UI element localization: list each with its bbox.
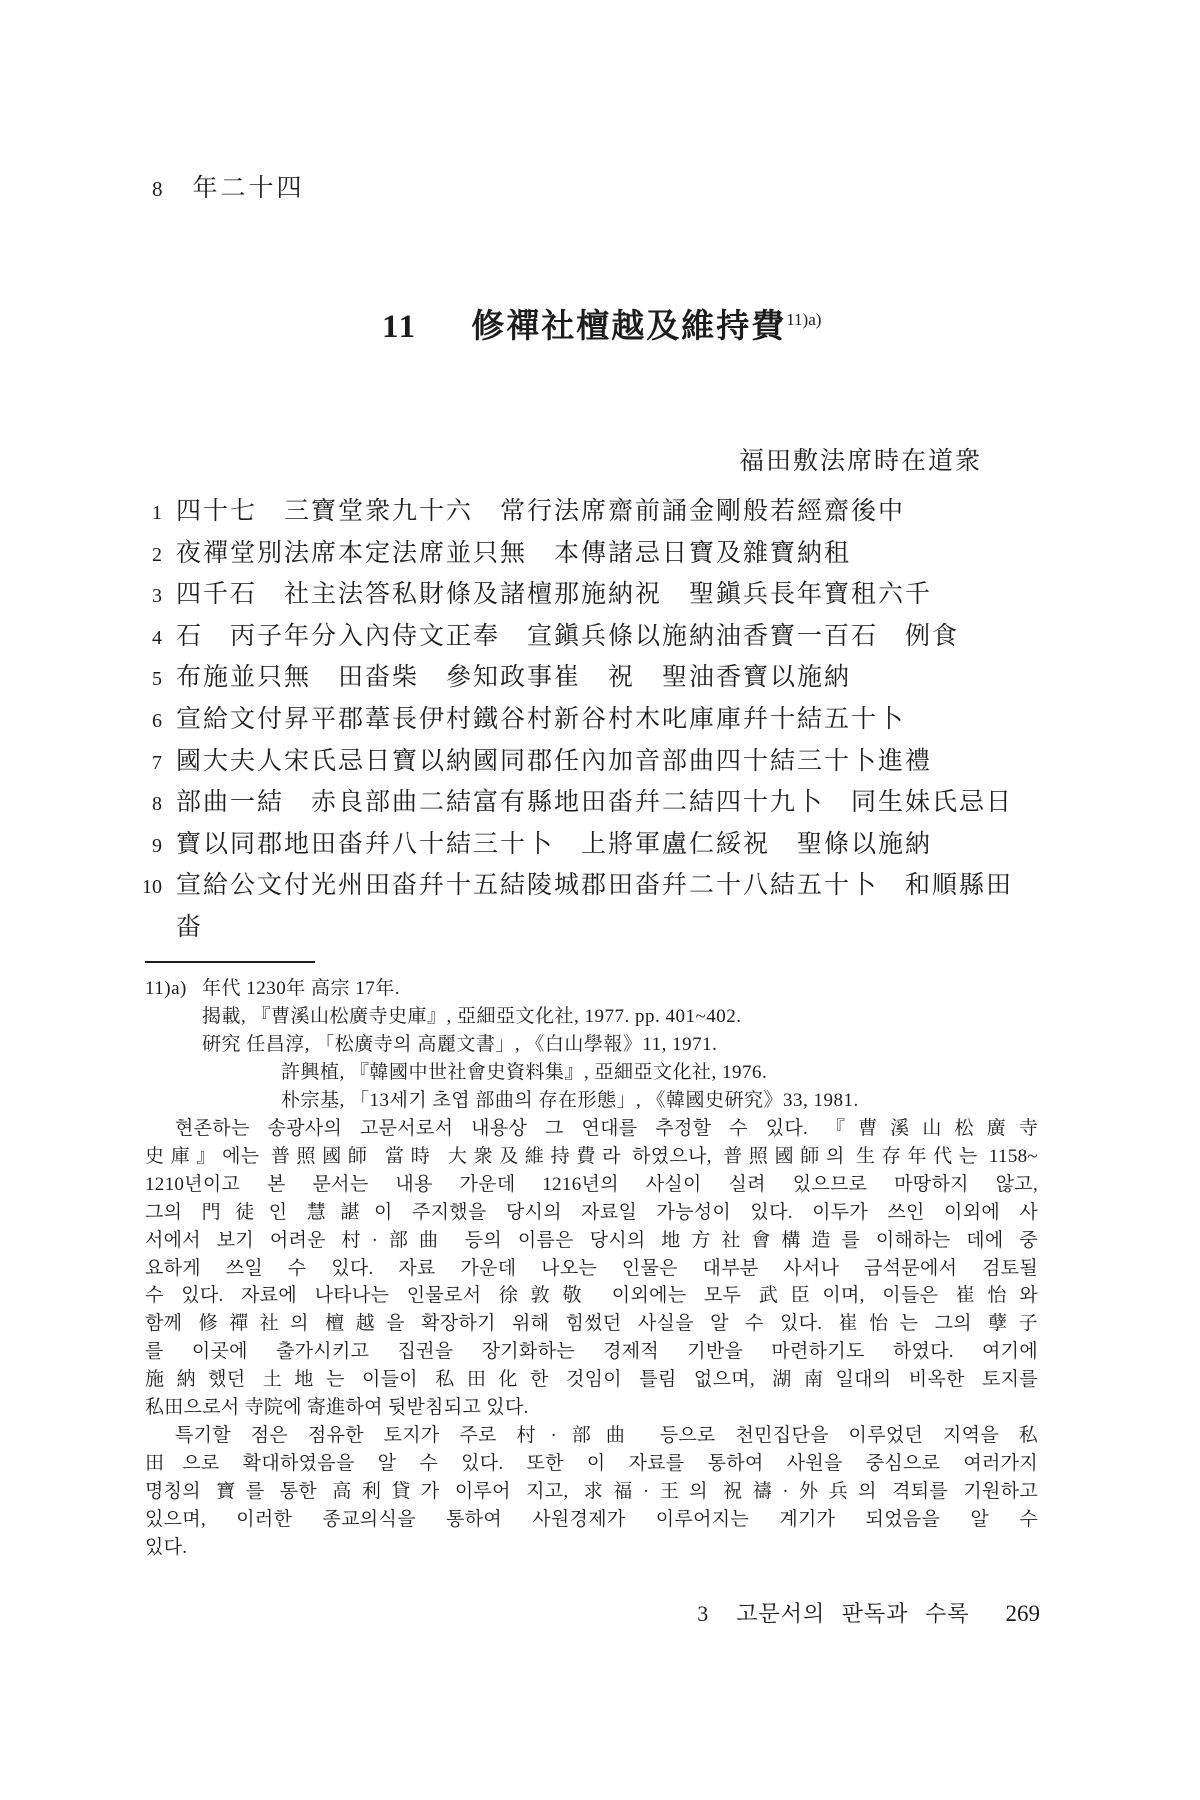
document-line-number: 8 bbox=[140, 784, 162, 825]
title-footnote-reference: 11)a) bbox=[786, 310, 821, 330]
footnote-commentary-line: 있으며, 이러한 종교의식을 통하여 사원경제가 이루어지는 계기가 되었음을 … bbox=[145, 1506, 1038, 1534]
document-title-text: 修禪社檀越及維持費 bbox=[471, 300, 786, 347]
footnote-section: 11)a) 年代 1230年 高宗 17年. 揭載, 『曹溪山松廣寺史庫』, 亞… bbox=[145, 975, 1038, 1562]
document-line-number: 10 bbox=[140, 867, 162, 908]
footnote-commentary-line: 를 이곳에 출가시키고 집권을 장기화하는 경제적 기반을 마련하기도 하였다.… bbox=[145, 1338, 1038, 1366]
document-title: 11 修禪社檀越及維持費 11)a) bbox=[382, 300, 821, 347]
document-line-text: 石 丙子年分入內侍文正奉 宣鎭兵條以施納油香寶一百石 例食 bbox=[176, 617, 959, 658]
document-line: 2 夜禪堂別法席本定法席並只無 本傳諸忌日寶及雜寶納租 bbox=[140, 534, 1070, 576]
footnote-reference-text: 許興植, 『韓國中世社會史資料集』, 亞細亞文化社, 1976. bbox=[281, 1062, 767, 1083]
document-line-text: 畓 bbox=[176, 908, 203, 949]
running-head: 8 年二十四 bbox=[152, 168, 305, 204]
footnote-commentary-line: 함께 修禪社의 檀越을 확장하기 위해 힘썼던 사실을 알 수 있다. 崔怡는 … bbox=[145, 1310, 1038, 1338]
footnote-reference-line: 硏究 任昌淳, 「松廣寺의 高麗文書」, 《白山學報》11, 1971. bbox=[145, 1031, 1038, 1059]
document-line: 1 四十七 三寶堂衆九十六 常行法席齋前誦金剛般若經齋後中 bbox=[140, 492, 1070, 534]
footnote-commentary-line: 현존하는 송광사의 고문서로서 내용상 그 연대를 추정할 수 있다. 『曹溪山… bbox=[145, 1115, 1038, 1143]
footnote-commentary-line: 그의 門徒인 慧諶이 주지했을 당시의 자료일 가능성이 있다. 이두가 쓰인 … bbox=[145, 1199, 1038, 1227]
document-line-text: 部曲一結 赤良部曲二結富有縣地田畓幷二結四十九卜 同生妹氏忌日 bbox=[176, 783, 1013, 824]
footer-section-title: 고문서의 판독과 수록 bbox=[736, 1597, 969, 1628]
document-line-number: 5 bbox=[140, 659, 162, 700]
document-line-text: 宣給公文付光州田畓幷十五結陵城郡田畓幷二十八結五十卜 和順縣田 bbox=[176, 866, 1013, 907]
document-line-number: 3 bbox=[140, 576, 162, 617]
running-head-page-number: 8 bbox=[152, 177, 163, 202]
document-line-text: 四千石 社主法答私財條及諸檀那施納祝 聖鎭兵長年寶租六千 bbox=[176, 575, 932, 616]
footnote-reference-text: 朴宗基, 「13세기 초엽 部曲의 存在形態」, 《韓國史硏究》33, 1981… bbox=[281, 1090, 859, 1111]
document-line: 3 四千石 社主法答私財條及諸檀那施納祝 聖鎭兵長年寶租六千 bbox=[140, 575, 1070, 617]
footnote-commentary-line: 명칭의 寶를 통한 高利貸가 이루어 지고, 求福·王의 祝禱·外兵의 격퇴를 … bbox=[145, 1478, 1038, 1506]
footnote-commentary-line: 요하게 쓰일 수 있다. 자료 가운데 나오는 인물은 대부분 사서나 금석문에… bbox=[145, 1255, 1038, 1283]
footnote-rule bbox=[145, 961, 315, 963]
document-line-text: 四十七 三寶堂衆九十六 常行法席齋前誦金剛般若經齋後中 bbox=[176, 492, 905, 533]
document-line: 7 國大夫人宋氏忌日寶以納國同郡任內加音部曲四十結三十卜進禮 bbox=[140, 742, 1070, 784]
footnote-reference-text: 硏究 任昌淳, 「松廣寺의 高麗文書」, 《白山學報》11, 1971. bbox=[202, 1034, 717, 1055]
document-line-text: 國大夫人宋氏忌日寶以納國同郡任內加音部曲四十結三十卜進禮 bbox=[176, 742, 932, 783]
footnote-commentary-line: 서에서 보기 어려운 村·部曲 등의 이름은 당시의 地方社會構造를 이해하는 … bbox=[145, 1227, 1038, 1255]
document-line-text: 布施並只無 田畓柴 參知政事崔 祝 聖油香寶以施納 bbox=[176, 658, 851, 699]
running-head-text: 年二十四 bbox=[193, 168, 305, 204]
document-line: 5 布施並只無 田畓柴 參知政事崔 祝 聖油香寶以施納 bbox=[140, 658, 1070, 700]
footnote-commentary-line: 1210년이고 본 문서는 내용 가운데 1216년의 사실이 실려 있으므로 … bbox=[145, 1171, 1038, 1199]
document-line-text: 夜禪堂別法席本定法席並只無 本傳諸忌日寶及雜寶納租 bbox=[176, 534, 851, 575]
footnote-reference-text: 年代 1230年 高宗 17年. bbox=[202, 978, 400, 999]
footnote-commentary-line: 특기할 점은 점유한 토지가 주로 村·部曲 등으로 천민집단을 이루었던 지역… bbox=[145, 1422, 1038, 1450]
footnote-reference-line: 年代 1230年 高宗 17年. bbox=[145, 975, 1038, 1003]
document-line: 9 寶以同郡地田畓幷八十結三十卜 上將軍盧仁綏祝 聖條以施納 bbox=[140, 825, 1070, 867]
footnote-reference-text: 揭載, 『曹溪山松廣寺史庫』, 亞細亞文化社, 1977. pp. 401~40… bbox=[202, 1006, 742, 1027]
document-line-number: 1 bbox=[140, 493, 162, 534]
footer-section-number: 3 bbox=[697, 1601, 708, 1627]
document-line-number: 4 bbox=[140, 618, 162, 659]
document-line: 4 石 丙子年分入內侍文正奉 宣鎭兵條以施納油香寶一百石 例食 bbox=[140, 617, 1070, 659]
document-lines: 1 四十七 三寶堂衆九十六 常行法席齋前誦金剛般若經齋後中 2 夜禪堂別法席本定… bbox=[140, 492, 1070, 949]
footnote-commentary-line: 수 있다. 자료에 나타나는 인물로서 徐敦敬 이외에는 모두 武臣이며, 이들… bbox=[145, 1282, 1038, 1310]
document-line-text: 寶以同郡地田畓幷八十結三十卜 上將軍盧仁綏祝 聖條以施納 bbox=[176, 825, 932, 866]
footnote-commentary: 현존하는 송광사의 고문서로서 내용상 그 연대를 추정할 수 있다. 『曹溪山… bbox=[145, 1115, 1038, 1562]
document-line-number: 6 bbox=[140, 701, 162, 742]
footnote-reference-line: 朴宗基, 「13세기 초엽 部曲의 存在形態」, 《韓國史硏究》33, 1981… bbox=[145, 1087, 1038, 1115]
dedication-line: 福田敷法席時在道衆 bbox=[739, 441, 982, 477]
footnote-commentary-line: 田으로 확대하였음을 알 수 있다. 또한 이 자료를 통하여 사원을 중심으로… bbox=[145, 1450, 1038, 1478]
footnote-commentary-line: 있다. bbox=[145, 1534, 1038, 1562]
footnote-commentary-line: 施納했던 土地는 이들이 私田化한 것임이 틀림 없으며, 湖南일대의 비옥한 … bbox=[145, 1366, 1038, 1394]
document-title-number: 11 bbox=[382, 309, 417, 346]
document-line: 10 宣給公文付光州田畓幷十五結陵城郡田畓幷二十八結五十卜 和順縣田 bbox=[140, 866, 1070, 908]
document-line-number: 7 bbox=[140, 743, 162, 784]
document-line: 6 宣給文付昇平郡葦長伊村鐵谷村新谷村木叱庫庫幷十結五十卜 bbox=[140, 700, 1070, 742]
footnote-commentary-line: 史庫』에는 普照國師 當時 大衆及維持費라 하였으나, 普照國師의 生存年代는 … bbox=[145, 1143, 1038, 1171]
footnote-marker: 11)a) bbox=[145, 978, 187, 1000]
scanned-document-page: 8 年二十四 11 修禪社檀越及維持費 11)a) 福田敷法席時在道衆 1 四十… bbox=[0, 0, 1200, 1800]
document-line: 畓 bbox=[140, 908, 1070, 949]
footnote-reference-line: 揭載, 『曹溪山松廣寺史庫』, 亞細亞文化社, 1977. pp. 401~40… bbox=[145, 1003, 1038, 1031]
page-footer: 3 고문서의 판독과 수록 269 bbox=[697, 1597, 1040, 1628]
document-line-text: 宣給文付昇平郡葦長伊村鐵谷村新谷村木叱庫庫幷十結五十卜 bbox=[176, 700, 905, 741]
footnote-reference-line: 許興植, 『韓國中世社會史資料集』, 亞細亞文化社, 1976. bbox=[145, 1059, 1038, 1087]
footnote-commentary-line: 私田으로서 寺院에 寄進하여 뒷받침되고 있다. bbox=[145, 1394, 1038, 1422]
document-line: 8 部曲一結 赤良部曲二結富有縣地田畓幷二結四十九卜 同生妹氏忌日 bbox=[140, 783, 1070, 825]
footnote-references: 年代 1230年 高宗 17年. 揭載, 『曹溪山松廣寺史庫』, 亞細亞文化社,… bbox=[145, 975, 1038, 1115]
document-line-number: 9 bbox=[140, 826, 162, 867]
document-line-number: 2 bbox=[140, 535, 162, 576]
footer-page-number: 269 bbox=[1006, 1601, 1041, 1627]
